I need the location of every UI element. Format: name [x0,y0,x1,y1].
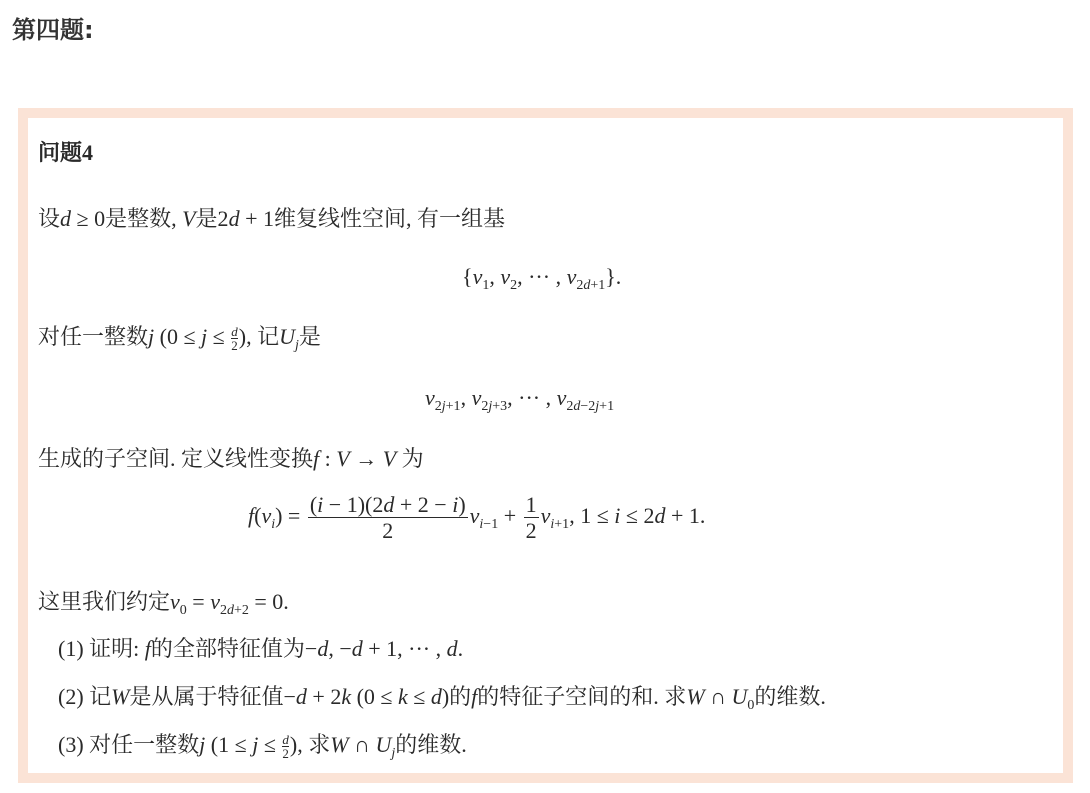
problem-line-4: 这里我们约定v0 = v2d+2 = 0. [38,585,289,619]
span-vectors: v2j+1, v2j+3, ··· , v2d−2j+1 [425,385,614,415]
question-1: (1) 证明: f的全部特征值为−d, −d + 1, ··· , d. [58,632,463,663]
problem-line-2: 对任一整数j (0 ≤ j ≤ d2), 记Uj是 [38,320,321,354]
question-2: (2) 记W是从属于特征值−d + 2k (0 ≤ k ≤ d)的f的特征子空间… [58,680,826,714]
problem-title: 问题4 [38,136,93,167]
problem-line-3: 生成的子空间. 定义线性变换f : V → V 为 [38,442,424,473]
section-heading: 第四题: [12,10,94,45]
question-3: (3) 对任一整数j (1 ≤ j ≤ d2), 求W ∩ Uj的维数. [58,728,467,762]
definition-formula: f(vi) = (i − 1)(2d + 2 − i)2vi−1 + 12vi+… [248,492,705,544]
basis-set: {v1, v2, ··· , v2d+1}. [462,264,621,294]
problem-line-1: 设d ≥ 0是整数, V是2d + 1维复线性空间, 有一组基 [38,202,505,233]
